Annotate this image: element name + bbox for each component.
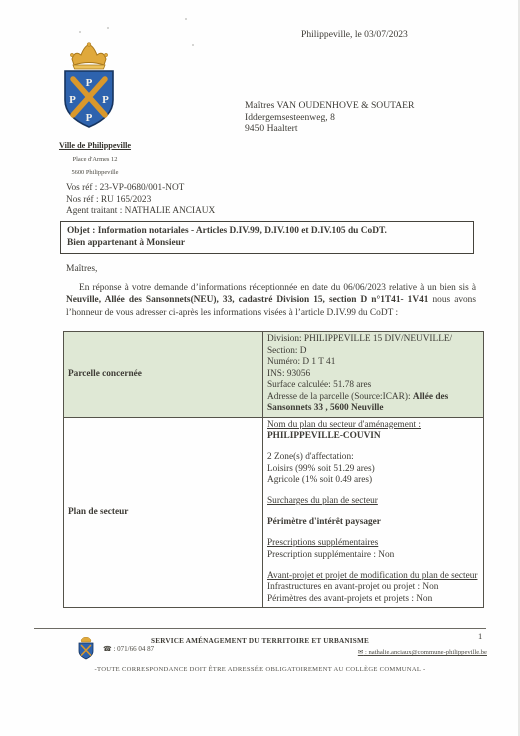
- parcelle-surface: Surface calculée: 51.78 ares: [267, 380, 479, 392]
- footer-email-address: : nathalie.anciaux@commune-philippeville…: [365, 649, 487, 656]
- recipient-name: Maîtres VAN OUDENHOVE & SOUTAER: [245, 100, 414, 112]
- plan-nom-value: PHILIPPEVILLE-COUVIN: [267, 431, 479, 443]
- row-value-parcelle: Division: PHILIPPEVILLE 15 DIV/NEUVILLE/…: [263, 332, 484, 418]
- envelope-icon: ✉: [358, 649, 364, 656]
- sender-address-line1: Place d'Armes 12: [36, 156, 154, 163]
- salutation: Maîtres,: [66, 264, 97, 274]
- prescription-value: Prescription supplémentaire : Non: [267, 550, 479, 562]
- table-row-parcelle: Parcelle concernée Division: PHILIPPEVIL…: [64, 332, 484, 418]
- recipient-street: Iddergemsesteenweg, 8: [245, 112, 414, 124]
- city-coat-of-arms: P P P P: [57, 40, 121, 136]
- row-header-parcelle: Parcelle concernée: [64, 332, 263, 418]
- zone-loisirs: Loisirs (99% soit 51.29 ares): [267, 464, 479, 476]
- infrastructures-value: Infrastructures en avant-projet ou proje…: [267, 582, 479, 594]
- scan-speck: [192, 44, 194, 46]
- crown-icon: [70, 43, 107, 69]
- scanned-letter-page: Philippeville, le 03/07/2023 P P P P Vil…: [0, 0, 520, 736]
- surcharge-value: Périmètre d'intérêt paysager: [267, 517, 479, 529]
- parcelle-numero: Numéro: D 1 T 41: [267, 357, 479, 369]
- subject-line1: Objet : Information notariales - Article…: [67, 225, 467, 237]
- svg-text:P: P: [86, 112, 93, 124]
- paragraph-text-pre: En réponse à votre demande d’information…: [79, 283, 476, 293]
- footer-phone: ☎ : 071/66 04 87: [103, 645, 154, 653]
- information-table: Parcelle concernée Division: PHILIPPEVIL…: [63, 331, 484, 608]
- zones-title: 2 Zone(s) d'affectation:: [267, 452, 479, 464]
- prescriptions-title: Prescriptions supplémentaires: [267, 538, 479, 550]
- page-number: 1: [478, 631, 482, 641]
- surcharges-title: Surcharges du plan de secteur: [267, 496, 479, 508]
- paragraph-property-ref: Neuville, Allée des Sansonnets(NEU), 33,…: [66, 295, 428, 305]
- table-row-plan-de-secteur: Plan de secteur Nom du plan du secteur d…: [64, 417, 484, 608]
- footer-email: ✉ : nathalie.anciaux@commune-philippevil…: [240, 648, 487, 656]
- scan-speck: [107, 27, 109, 29]
- phone-icon: ☎: [103, 645, 112, 653]
- recipient-city: 9450 Haaltert: [245, 123, 414, 135]
- date-line: Philippeville, le 03/07/2023: [301, 29, 408, 40]
- scan-speck: [185, 18, 187, 20]
- parcelle-division: Division: PHILIPPEVILLE 15 DIV/NEUVILLE/: [267, 334, 479, 346]
- parcelle-adresse: Adresse de la parcelle (Source:ICAR): Al…: [267, 392, 479, 415]
- vos-ref: Vos réf : 23-VP-0680/001-NOT: [66, 183, 215, 195]
- svg-text:P: P: [86, 77, 93, 89]
- row-value-plan: Nom du plan du secteur d'aménagement : P…: [263, 417, 484, 608]
- shield-icon: P P P P: [65, 71, 113, 127]
- scan-speck: [79, 31, 81, 33]
- perimetres-value: Périmètres des avant-projets et projets …: [267, 594, 479, 606]
- subject-line2: Bien appartenant à Monsieur: [67, 237, 467, 249]
- body-paragraph: En réponse à votre demande d’information…: [66, 282, 476, 319]
- footer-service-title: SERVICE AMÉNAGEMENT DU TERRITOIRE ET URB…: [60, 637, 460, 645]
- subject-box: Objet : Information notariales - Article…: [60, 221, 474, 254]
- parcelle-ins: INS: 93056: [267, 369, 479, 381]
- row-header-plan: Plan de secteur: [64, 417, 263, 608]
- footer-correspondence-notice: -TOUTE CORRESPONDANCE DOIT ÊTRE ADRESSÉE…: [0, 666, 520, 673]
- sender-address-line2: 5600 Philippeville: [36, 169, 154, 176]
- recipient-block: Maîtres VAN OUDENHOVE & SOUTAER Iddergem…: [245, 100, 414, 135]
- parcelle-section: Section: D: [267, 346, 479, 358]
- avant-projet-title: Avant-projet et projet de modification d…: [267, 571, 479, 583]
- footer-divider: [34, 628, 486, 629]
- plan-nom-label: Nom du plan du secteur d'aménagement :: [267, 420, 479, 432]
- footer-phone-number: : 071/66 04 87: [113, 645, 154, 653]
- svg-text:P: P: [69, 94, 76, 106]
- nos-ref: Nos réf : RU 165/2023: [66, 195, 215, 207]
- parcelle-adresse-label: Adresse de la parcelle (Source:ICAR):: [267, 392, 413, 402]
- agent-traitant: Agent traitant : NATHALIE ANCIAUX: [66, 206, 215, 218]
- zone-agricole: Agricole (1% soit 0.49 ares): [267, 475, 479, 487]
- references-block: Vos réf : 23-VP-0680/001-NOT Nos réf : R…: [66, 183, 215, 218]
- svg-text:P: P: [102, 94, 109, 106]
- sender-city-name: Ville de Philippeville: [36, 141, 154, 150]
